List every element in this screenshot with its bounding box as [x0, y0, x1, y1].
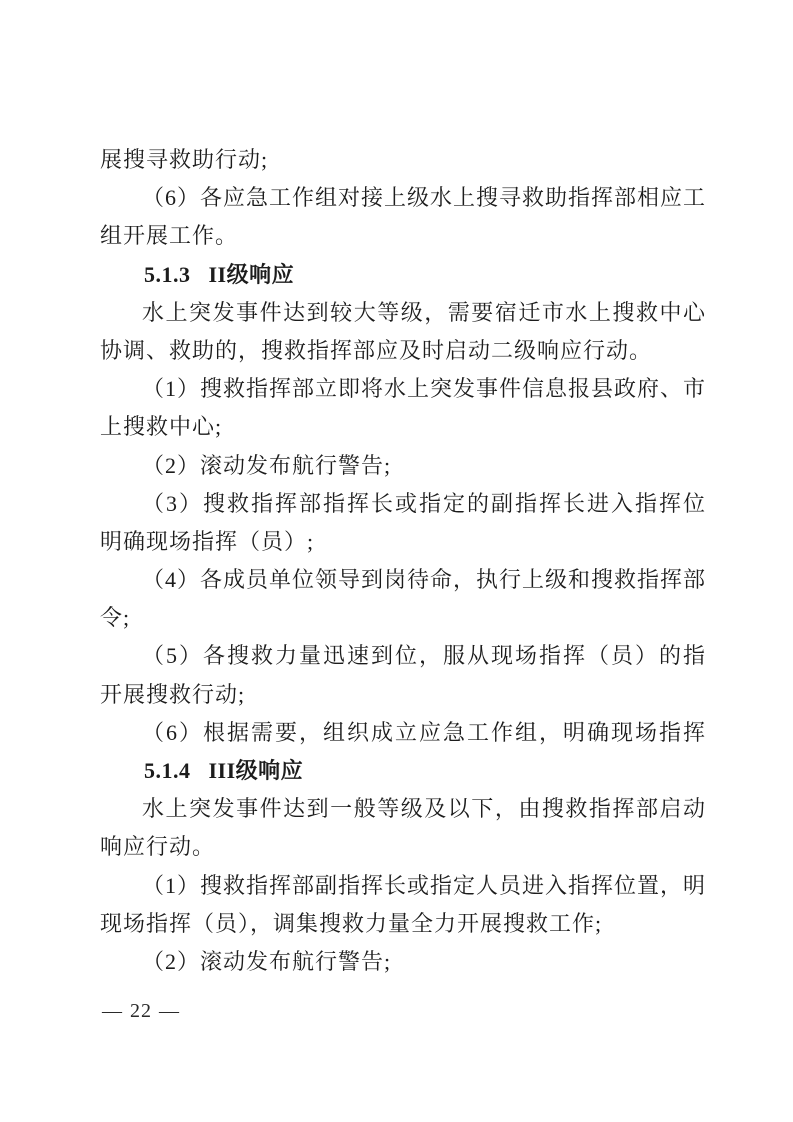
text-line: （5）各搜救力量迅速到位，服从现场指挥（员）的指挥，: [100, 637, 706, 675]
heading-title: II级响应: [209, 262, 295, 287]
heading-number: 5.1.4: [144, 758, 191, 783]
section-heading: 5.1.4III级响应: [100, 752, 706, 790]
text-line: （4）各成员单位领导到岗待命，执行上级和搜救指挥部指: [100, 561, 706, 599]
text-line: 协调、救助的，搜救指挥部应及时启动二级响应行动。: [100, 332, 706, 370]
footer-dash-right: —: [159, 1000, 180, 1023]
text-line: （3）搜救指挥部指挥长或指定的副指挥长进入指挥位置，: [100, 485, 706, 523]
heading-title: III级响应: [209, 758, 304, 783]
text-line: 上搜救中心;: [100, 408, 706, 446]
document-body: 展搜寻救助行动;（6）各应急工作组对接上级水上搜寻救助指挥部相应工作组开展工作。…: [100, 141, 706, 981]
text-line: （2）滚动发布航行警告;: [100, 943, 706, 981]
section-heading: 5.1.3II级响应: [100, 256, 706, 294]
text-line: （1）搜救指挥部立即将水上突发事件信息报县政府、市水: [100, 370, 706, 408]
footer-dash-left: —: [102, 1000, 123, 1023]
text-line: 现场指挥（员），调集搜救力量全力开展搜救工作;: [100, 905, 706, 943]
page-footer: — 22 —: [102, 1000, 180, 1023]
page-number: 22: [130, 1000, 152, 1023]
text-line: 明确现场指挥（员）;: [100, 523, 706, 561]
text-line: （6）各应急工作组对接上级水上搜寻救助指挥部相应工作: [100, 179, 706, 217]
document-page: 展搜寻救助行动;（6）各应急工作组对接上级水上搜寻救助指挥部相应工作组开展工作。…: [0, 0, 793, 1122]
text-line: 令;: [100, 599, 706, 637]
text-line: 组开展工作。: [100, 217, 706, 255]
text-line: （2）滚动发布航行警告;: [100, 447, 706, 485]
text-line: 展搜寻救助行动;: [100, 141, 706, 179]
text-line: 响应行动。: [100, 828, 706, 866]
heading-number: 5.1.3: [144, 262, 191, 287]
text-line: 水上突发事件达到较大等级，需要宿迁市水上搜救中心统一: [100, 294, 706, 332]
text-line: 开展搜救行动;: [100, 676, 706, 714]
text-line: （6）根据需要，组织成立应急工作组，明确现场指挥（员）。: [100, 714, 706, 752]
text-line: 水上突发事件达到一般等级及以下，由搜救指挥部启动三级: [100, 790, 706, 828]
text-line: （1）搜救指挥部副指挥长或指定人员进入指挥位置，明确: [100, 867, 706, 905]
